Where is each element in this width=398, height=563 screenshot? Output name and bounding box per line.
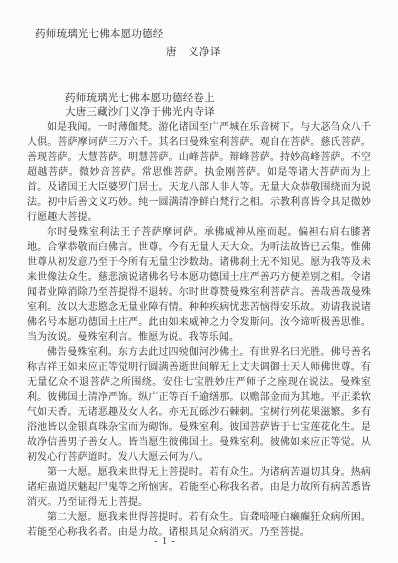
document-page: 药师琉璃光七佛本愿功德经 唐 义净译 药师琉璃光七佛本愿功德经卷上 大唐三藏沙门…: [0, 0, 398, 563]
translator-credit: 唐 义净译: [166, 44, 221, 59]
running-title: 药师琉璃光七佛本愿功德经: [35, 26, 163, 41]
paragraph-buddha-reply: 佛告曼殊室利。东方去此过四殑伽河沙佛土。有世界名曰光胜。佛号善名称吉祥王如来应正…: [27, 345, 371, 465]
paragraph-opening: 如是我闻。一时薄伽梵。游化诸国至广严城在乐音树下。与大苾刍众八千人俱。菩萨摩诃萨…: [27, 120, 371, 225]
volume-translator-line: 大唐三藏沙门义净于佛光内寺译: [65, 104, 215, 119]
page-number: - 1 -: [0, 536, 330, 547]
paragraph-manjushri-request: 尔时曼殊室利法王子菩萨摩诃萨。承佛威神从座而起。偏袒右肩右膝著地。合掌恭敬而白佛…: [27, 225, 371, 345]
sutra-body: 如是我闻。一时薄伽梵。游化诸国至广严城在乐音树下。与大苾刍众八千人俱。菩萨摩诃萨…: [27, 120, 371, 540]
paragraph-first-vow: 第一大愿。愿我来世得无上菩提时。若有众生。为诸病苦逼切其身。热病诸疟蛊道厌魅起尸…: [27, 465, 371, 510]
volume-title: 药师琉璃光七佛本愿功德经卷上: [65, 90, 215, 105]
